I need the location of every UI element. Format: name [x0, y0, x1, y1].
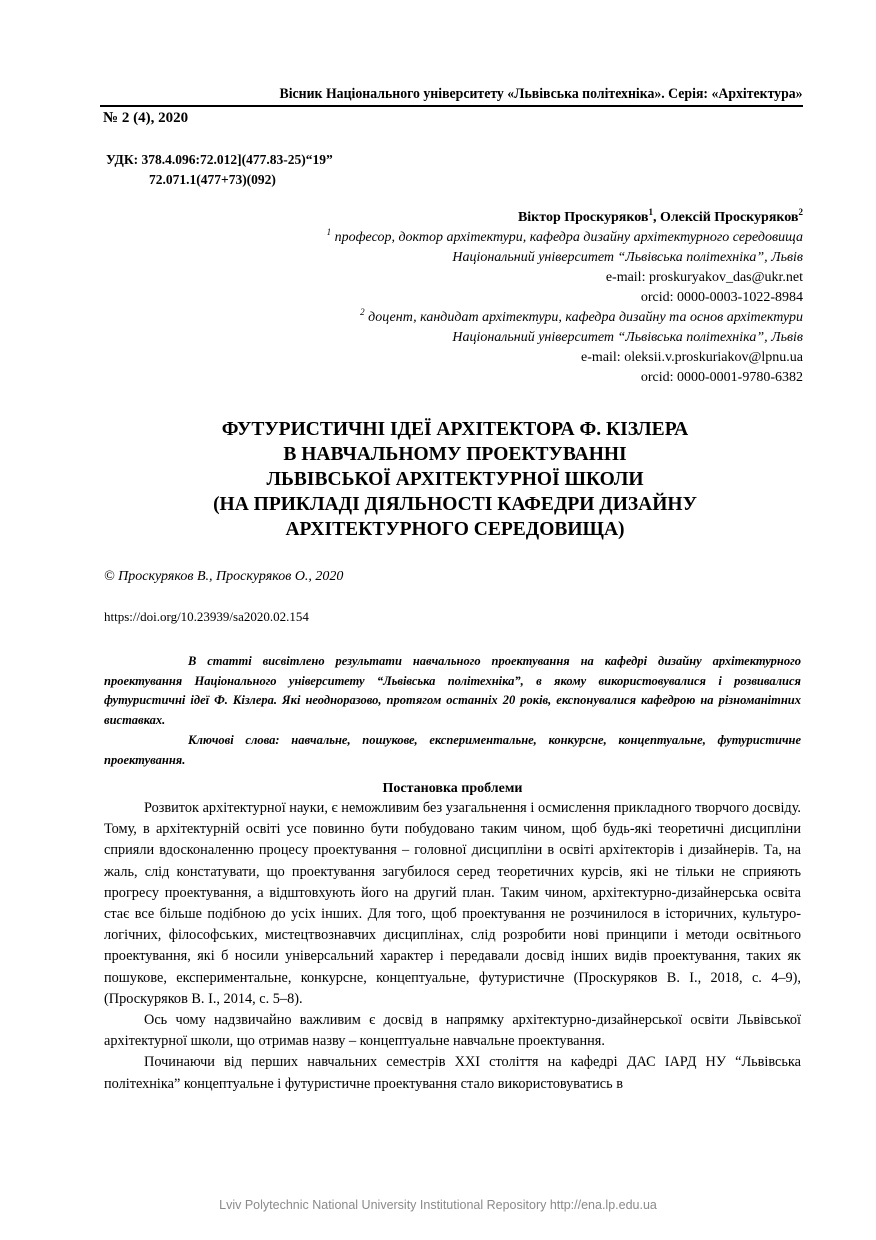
author-email[interactable]: e-mail: proskuryakov_das@ukr.net — [183, 268, 803, 288]
title-line: В НАВЧАЛЬНОМУ ПРОЕКТУВАННІ — [150, 442, 760, 467]
issue-number: № 2 (4), 2020 — [103, 108, 188, 128]
paragraph: Розвиток архітектурної науки, є неможлив… — [104, 798, 801, 1010]
paragraph: Ось чому надзвичайно важливим є досвід в… — [104, 1010, 801, 1052]
affiliation-sup: 2 — [360, 307, 365, 317]
journal-title: Вісник Національного університету «Львів… — [280, 84, 803, 104]
author-name: Віктор Проскуряков — [518, 210, 648, 225]
udc-line-2: 72.071.1(477+73)(092) — [106, 170, 333, 190]
affiliation-institution: Національний університет “Львівська полі… — [183, 328, 803, 348]
author-orcid: orcid: 0000-0003-1022-8984 — [183, 288, 803, 308]
section-heading: Постановка проблеми — [104, 779, 801, 799]
title-line: (НА ПРИКЛАДІ ДІЯЛЬНОСТІ КАФЕДРИ ДИЗАЙНУ — [150, 492, 760, 517]
abstract-text: В статті висвітлено результати навчально… — [104, 652, 801, 730]
repository-footer: Lviv Polytechnic National University Ins… — [0, 1196, 876, 1214]
abstract: В статті висвітлено результати навчально… — [104, 652, 801, 770]
author-sup: 2 — [799, 207, 804, 217]
author-names: Віктор Проскуряков1, Олексій Проскуряков… — [183, 208, 803, 228]
title-line: ЛЬВІВСЬКОЇ АРХІТЕКТУРНОЇ ШКОЛИ — [150, 467, 760, 492]
paragraph: Починаючи від перших навчальних семестрі… — [104, 1052, 801, 1094]
body-text: Розвиток архітектурної науки, є неможлив… — [104, 798, 801, 1095]
copyright: © Проскуряков В., Проскуряков О., 2020 — [104, 567, 343, 587]
authors-block: Віктор Проскуряков1, Олексій Проскуряков… — [183, 208, 803, 388]
header-rule — [100, 105, 803, 107]
affiliation-position: 1 професор, доктор архітектури, кафедра … — [183, 228, 803, 248]
title-line: АРХІТЕКТУРНОГО СЕРЕДОВИЩА) — [150, 517, 760, 542]
paper-page: Вісник Національного університету «Львів… — [0, 0, 876, 1240]
affiliation-position: 2 доцент, кандидат архітектури, кафедра … — [183, 308, 803, 328]
udc-code: УДК: 378.4.096:72.012](477.83-25)“19” 72… — [106, 150, 333, 190]
title-line: ФУТУРИСТИЧНІ ІДЕЇ АРХІТЕКТОРА Ф. КІЗЛЕРА — [150, 417, 760, 442]
udc-line-1: УДК: 378.4.096:72.012](477.83-25)“19” — [106, 150, 333, 170]
author-separator: , — [653, 210, 660, 225]
doi-link[interactable]: https://doi.org/10.23939/sa2020.02.154 — [104, 607, 309, 627]
author-name: Олексій Проскуряков — [660, 210, 799, 225]
author-orcid: orcid: 0000-0001-9780-6382 — [183, 368, 803, 388]
affiliation-sup: 1 — [327, 227, 332, 237]
affiliation-institution: Національний університет “Львівська полі… — [183, 248, 803, 268]
author-email[interactable]: e-mail: oleksii.v.proskuriakov@lpnu.ua — [183, 348, 803, 368]
journal-header: Вісник Національного університету «Львів… — [100, 84, 803, 104]
keywords: Ключові слова: навчальне, пошукове, експ… — [104, 731, 801, 770]
article-title: ФУТУРИСТИЧНІ ІДЕЇ АРХІТЕКТОРА Ф. КІЗЛЕРА… — [150, 417, 760, 542]
